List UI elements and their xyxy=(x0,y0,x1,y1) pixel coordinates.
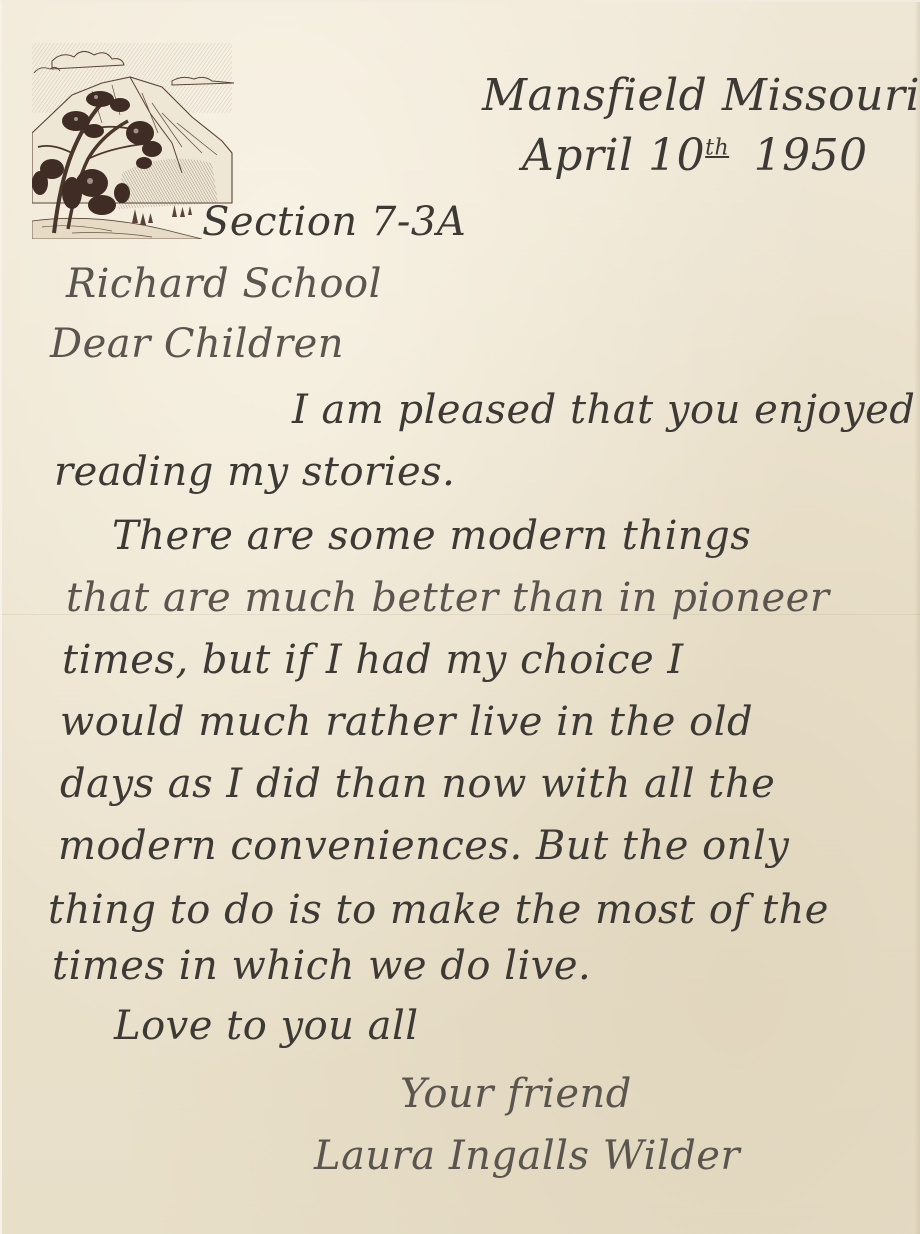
date-day: 10 xyxy=(648,130,705,181)
body-line-6: would much rather live in the old xyxy=(60,702,753,742)
closing-sentiment: Love to you all xyxy=(114,1006,419,1046)
body-line-4: that are much better than in pioneer xyxy=(66,578,829,618)
body-line-9: thing to do is to make the most of the xyxy=(48,890,829,930)
recipient-section: Section 7-3A xyxy=(202,202,466,242)
date-day-suffix: th xyxy=(705,135,729,160)
letter-place: Mansfield Missouri xyxy=(482,74,920,118)
body-line-7: days as I did than now with all the xyxy=(60,764,775,804)
body-line-5: times, but if I had my choice I xyxy=(62,640,684,680)
signature: Laura Ingalls Wilder xyxy=(314,1136,740,1176)
salutation: Dear Children xyxy=(50,324,344,364)
date-year: 1950 xyxy=(754,130,868,181)
paper-edge xyxy=(914,2,920,1234)
recipient-school: Richard School xyxy=(66,264,382,304)
body-line-10: times in which we do live. xyxy=(52,946,591,986)
letter-date: April 10th 1950 xyxy=(522,134,868,178)
body-line-8: modern conveniences. But the only xyxy=(58,826,789,866)
body-line-2: reading my stories. xyxy=(54,452,455,492)
date-month: April xyxy=(522,130,634,181)
letter-page: Mansfield Missouri April 10th 1950 Secti… xyxy=(0,0,920,1234)
closing-valediction: Your friend xyxy=(400,1074,632,1114)
body-line-1: I am pleased that you enjoyed xyxy=(292,390,915,430)
body-line-3: There are some modern things xyxy=(112,516,751,556)
